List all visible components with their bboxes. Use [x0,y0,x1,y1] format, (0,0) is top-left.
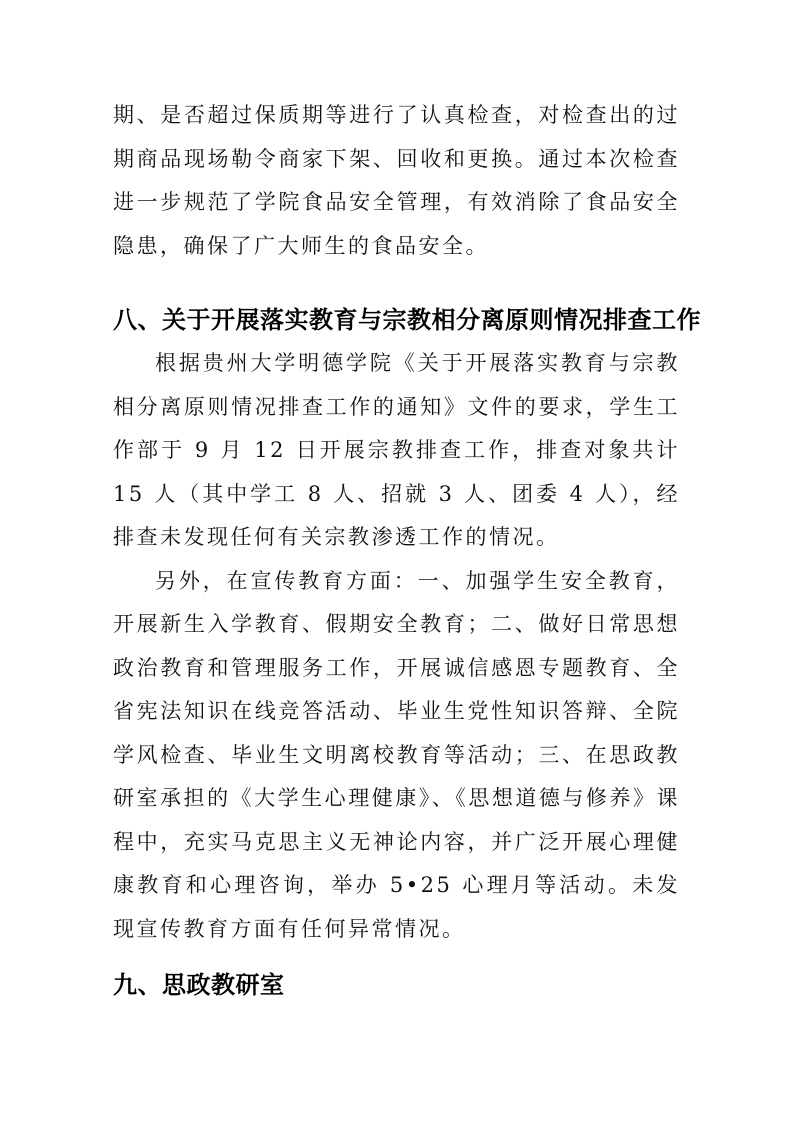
paragraph-continuation: 期、是否超过保质期等进行了认真检查，对检查出的过期商品现场勒令商家下架、回收和更… [113,94,680,268]
document-content: 期、是否超过保质期等进行了认真检查，对检查出的过期商品现场勒令商家下架、回收和更… [113,94,680,1007]
document-page: 期、是否超过保质期等进行了认真检查，对检查出的过期商品现场勒令商家下架、回收和更… [0,0,793,1122]
section-8-paragraph-2: 另外，在宣传教育方面：一、加强学生安全教育，开展新生入学教育、假期安全教育；二、… [113,560,680,952]
section-8-paragraph-1: 根据贵州大学明德学院《关于开展落实教育与宗教相分离原则情况排查工作的通知》文件的… [113,342,680,560]
section-9-heading: 九、思政教研室 [113,963,680,1007]
section-8-heading: 八、关于开展落实教育与宗教相分离原则情况排查工作 [113,298,680,342]
